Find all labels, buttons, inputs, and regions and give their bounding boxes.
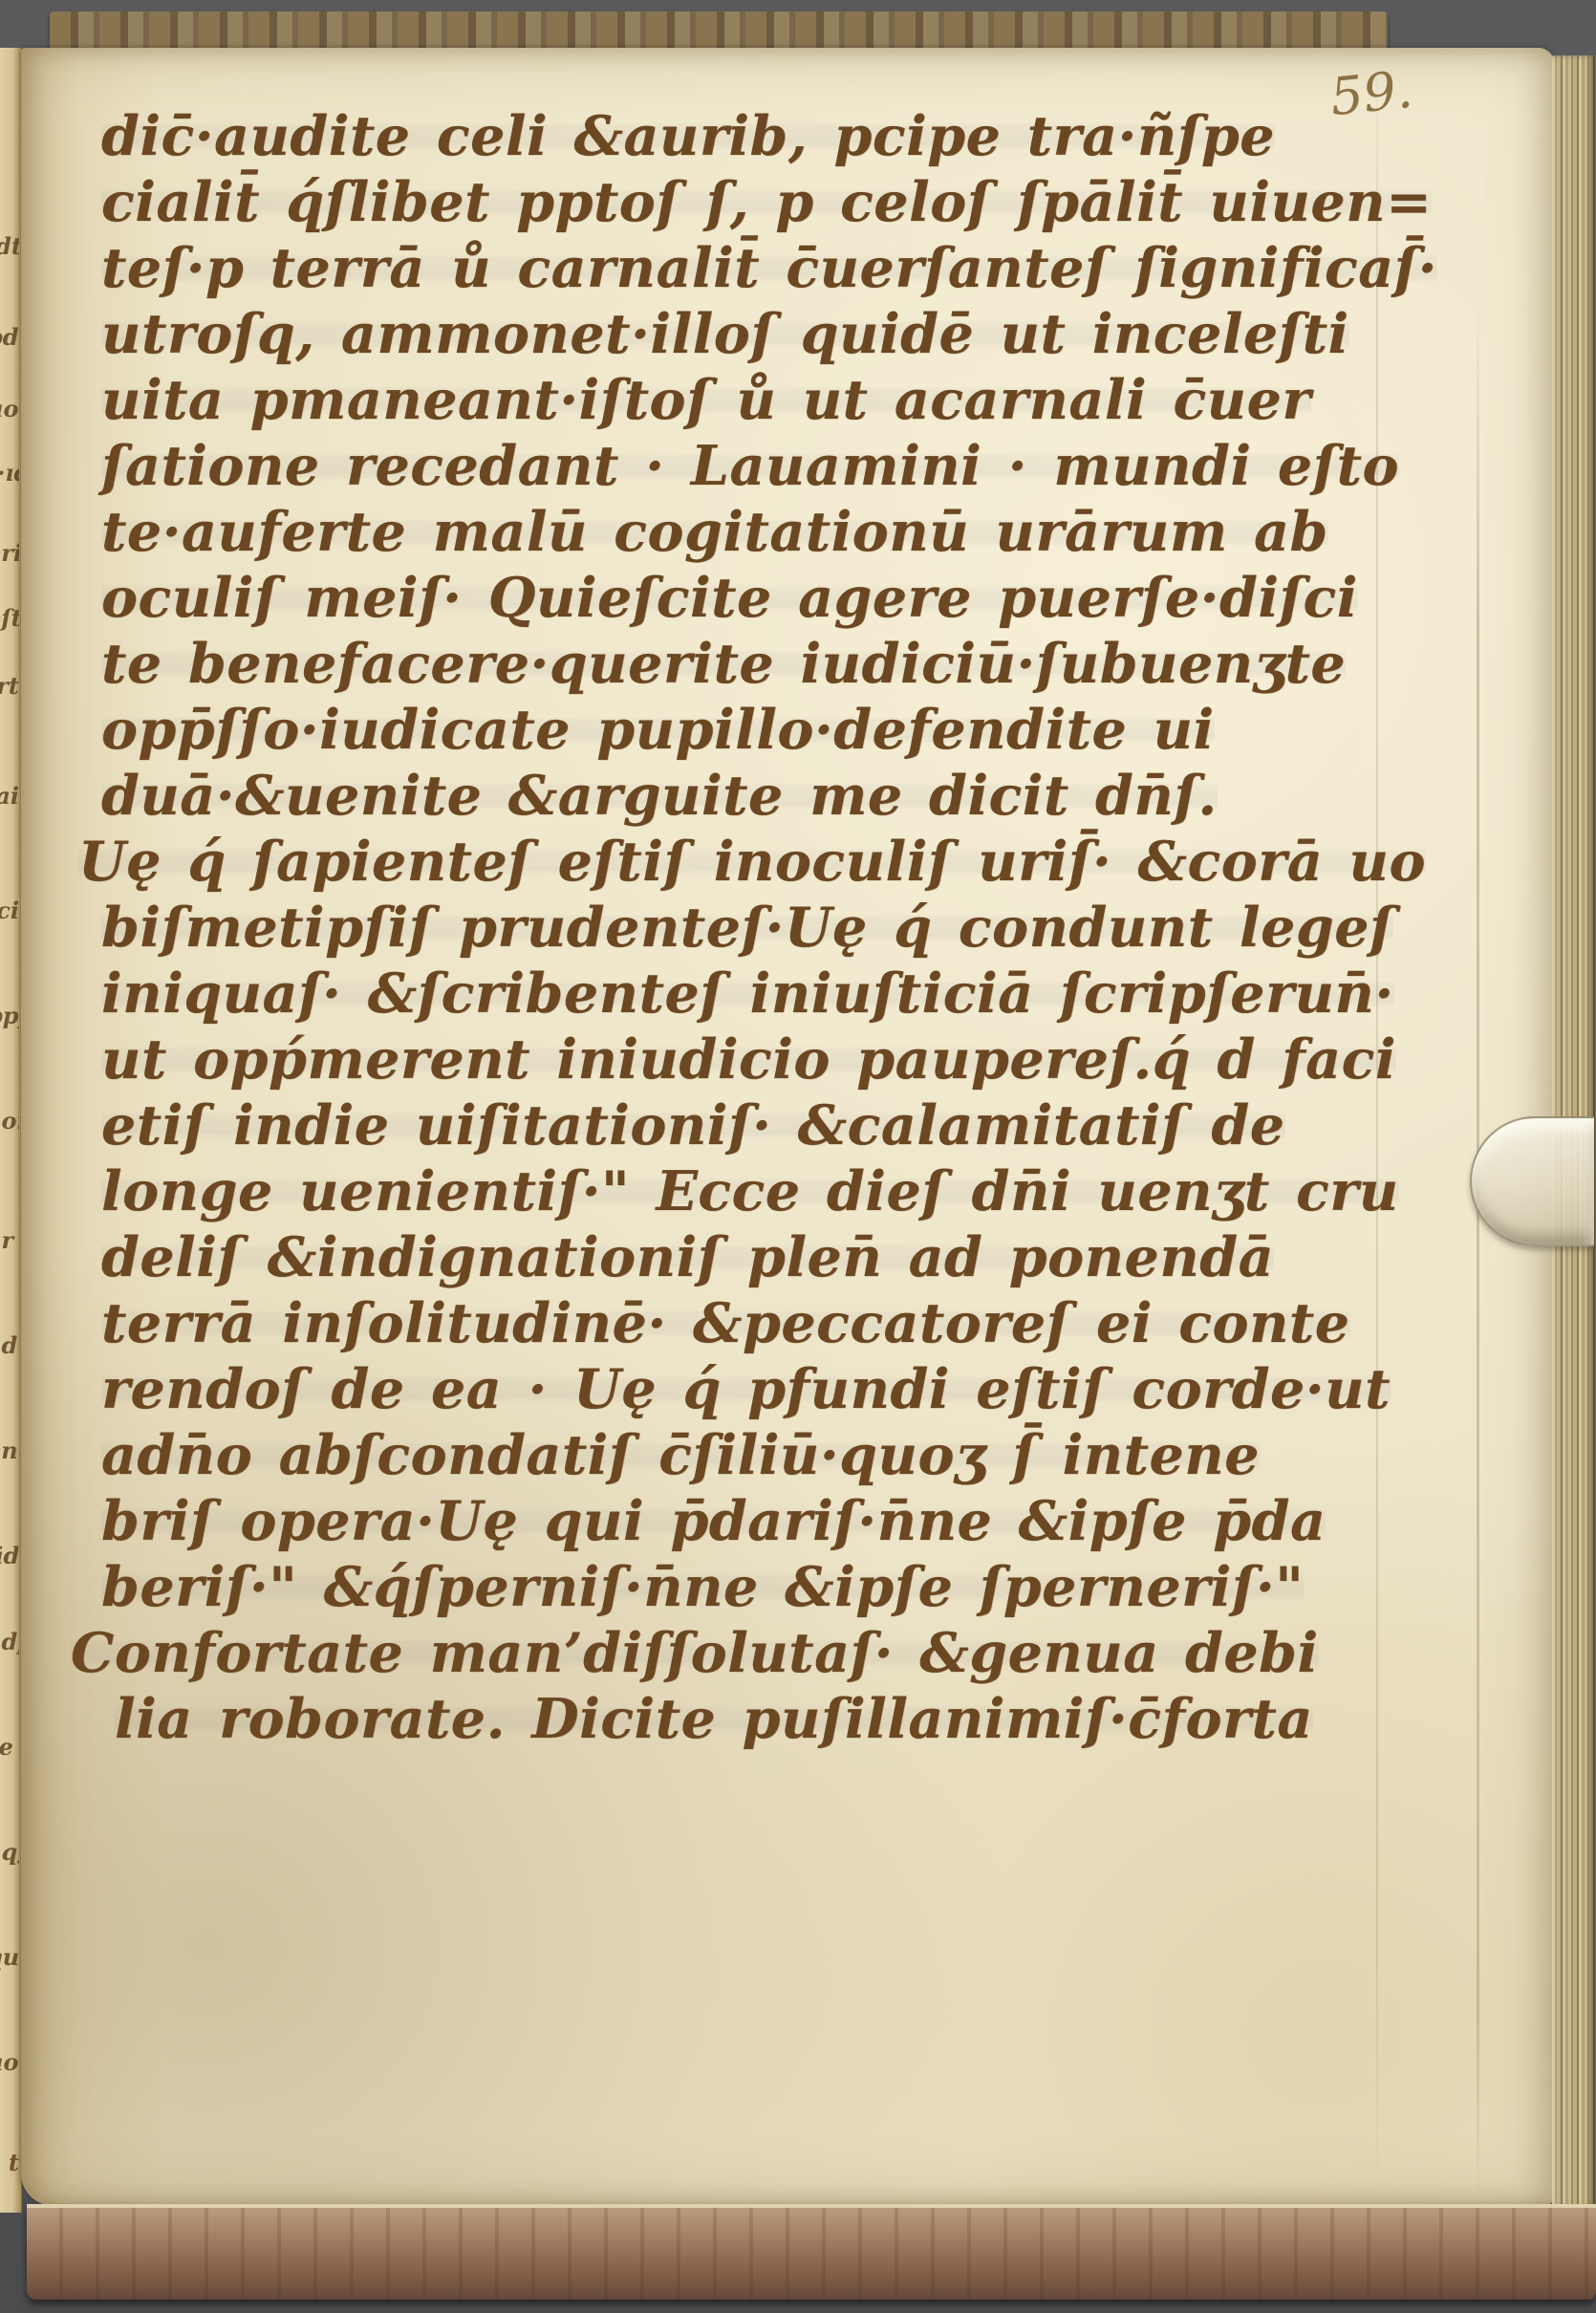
facing-page-text-fragment: t·ıd xyxy=(0,461,19,486)
manuscript-line: cialit̄ q́ſlibet pptoſ ſ, p celoſ ſpālit… xyxy=(101,169,1432,235)
manuscript-line: opp̄ſſo·iudicate pupillo·defendite ui xyxy=(101,697,1215,763)
book-bottom-edge xyxy=(27,2204,1596,2300)
facing-page-text-fragment: aq; xyxy=(0,1840,19,1865)
facing-page-text-fragment: re q xyxy=(0,1735,19,1760)
facing-page-text-fragment: uob· xyxy=(0,2050,19,2075)
manuscript-line: uita pmaneant·iſtoſ ů ut acarnali c̄uer xyxy=(101,367,1311,433)
manuscript-line: rendoſ de ea · Uę q́ pfundi eſtiſ corde·… xyxy=(101,1356,1391,1422)
facing-page-text-fragment: ar ba xyxy=(0,1228,19,1253)
manuscript-line: terrā inſolitudinē· &peccatoreſ ei conte xyxy=(101,1290,1350,1356)
manuscript-line: te·auferte malū cogitationū urārum ab xyxy=(101,499,1328,565)
manuscript-line: biſmetipſiſ prudenteſ·Uę q́ condunt lege… xyxy=(101,895,1393,961)
manuscript-line: iniquaſ· &ſcribenteſ iniuſticiā ſcripſer… xyxy=(101,961,1394,1027)
facing-page-text-fragment: adſ xyxy=(0,1630,19,1654)
facing-page-text-fragment: uon xyxy=(0,397,19,422)
vertical-crease xyxy=(1376,48,1378,2206)
bookmark-tab xyxy=(1470,1116,1594,1246)
facing-page-text-fragment: t xyxy=(0,2151,19,2175)
photo-background: ıdttpdttuont·ıderiteſtrtaicippſeaonar ba… xyxy=(0,0,1596,2313)
manuscript-line: duā·&uenite &arguite me dicit dn̄ſ. xyxy=(101,763,1218,829)
manuscript-line: longe uenientiſ·" Ecce dieſ dn̄i uenʒt c… xyxy=(101,1158,1399,1224)
facing-page-text-fragment: ental xyxy=(0,1438,19,1463)
facing-page-text-fragment: eſt xyxy=(0,606,19,631)
text-block: dic̄·audite celi &aurib, pcipe tra·ñſpec… xyxy=(101,103,1372,1752)
manuscript-line: briſ opera·Uę qui p̄dariſ·n̄ne &ipſe p̄d… xyxy=(101,1488,1326,1554)
facing-page-text-fragment: ci xyxy=(0,898,19,923)
under-leaf-edge xyxy=(1477,296,1479,2206)
manuscript-line: teſ·p terrā ů carnalit̄ c̄uerſanteſ ſign… xyxy=(101,235,1437,301)
facing-page-text-fragment: pdtt xyxy=(0,325,19,350)
manuscript-line: lia roborate. Dicite puſillanimiſ·c̄fort… xyxy=(115,1686,1313,1752)
facing-page-text-fragment: rt xyxy=(0,674,19,699)
manuscript-line: adn̄o abſcondatiſ c̄ſiliū·quoʒ ſ̄ intene xyxy=(101,1422,1260,1488)
facing-page-text-fragment: ppſe xyxy=(0,1004,19,1028)
manuscript-line: ut opṕmerent iniudicio paupereſ.q́ d fac… xyxy=(101,1027,1396,1092)
manuscript-page: 59. dic̄·audite celi &aurib, pcipe tra·ñ… xyxy=(21,48,1554,2206)
manuscript-line: etiſ indie uiſitationiſ· &calamitatiſ de xyxy=(101,1092,1285,1158)
manuscript-line: deliſ &indignationiſ plen̄ ad ponendā xyxy=(101,1224,1274,1290)
facing-page-text-fragment: quo d xyxy=(0,1945,19,1970)
facing-page-text-fragment: ai xyxy=(0,784,19,809)
manuscript-line: Uę q́ ſapienteſ eſtiſ inoculiſ uriſ̄· &c… xyxy=(78,829,1426,895)
facing-page-text-fragment: ad ca xyxy=(0,1333,19,1358)
manuscript-line: oculiſ meiſ· Quieſcite agere puerſe·diſc… xyxy=(101,565,1358,631)
facing-page-text-fragment: fidd xyxy=(0,1544,19,1568)
manuscript-line: te benefacere·querite iudiciū·ſubuenʒte xyxy=(101,631,1346,697)
facing-page-text-fragment: ıdtt xyxy=(0,234,19,259)
facing-page-sliver: ıdttpdttuont·ıderiteſtrtaicippſeaonar ba… xyxy=(0,48,23,2213)
facing-page-text-fragment: erit xyxy=(0,541,19,566)
manuscript-line: utroſq, ammonet·illoſ quidē ut inceleſti xyxy=(101,301,1349,367)
manuscript-line: beriſ·" &q́ſperniſ·n̄ne &ipſe ſperneriſ·… xyxy=(101,1554,1304,1620)
manuscript-line: dic̄·audite celi &aurib, pcipe tra·ñſpe xyxy=(101,103,1275,169)
manuscript-line: Confortate man’diſſolutaſ· &genua debi xyxy=(71,1620,1319,1686)
manuscript-line: ſatione recedant · Lauamini · mundi eſto xyxy=(101,433,1399,499)
facing-page-text-fragment: aon xyxy=(0,1109,19,1134)
